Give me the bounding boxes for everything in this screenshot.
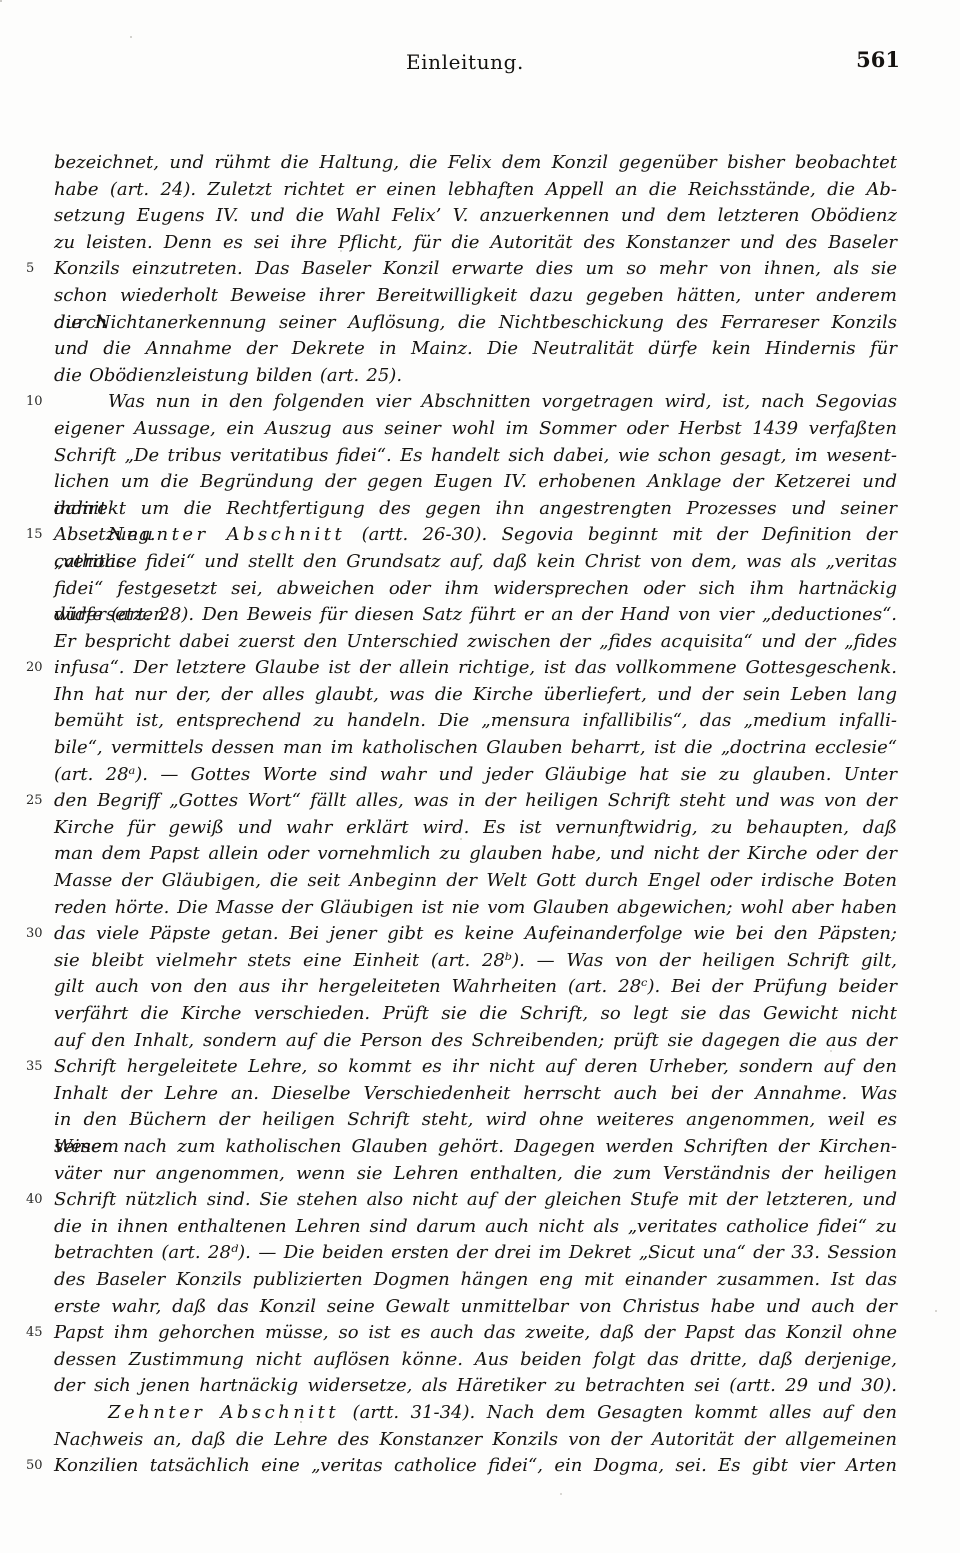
scan-noise-specks bbox=[0, 0, 2, 2]
text-line: lichen um die Begründung der gegen Eugen… bbox=[54, 469, 897, 496]
text-line: 15Neunter Abschnitt (artt. 26-30). Segov… bbox=[54, 522, 897, 549]
page-number: 561 bbox=[856, 47, 900, 72]
text-line: setzung Eugens IV. und die Wahl Felix’ V… bbox=[54, 203, 897, 230]
text-line: die Obödienzleistung bilden (art. 25). bbox=[54, 363, 897, 390]
text-line: fidei“ festgesetzt sei, abweichen oder i… bbox=[54, 576, 897, 603]
text-block: bezeichnet, und rühmt die Haltung, die F… bbox=[54, 150, 897, 1480]
text-line: bezeichnet, und rühmt die Haltung, die F… bbox=[54, 150, 897, 177]
page-header-title: Einleitung. bbox=[0, 50, 930, 74]
text-line: sie bleibt vielmehr stets eine Einheit (… bbox=[54, 948, 897, 975]
text-line: eigener Aussage, ein Auszug aus seiner w… bbox=[54, 416, 897, 443]
text-line: Inhalt der Lehre an. Dieselbe Verschiede… bbox=[54, 1081, 897, 1108]
text-line: 50Konzilien tatsächlich eine „veritas ca… bbox=[54, 1453, 897, 1480]
margin-line-number: 35 bbox=[26, 1054, 48, 1081]
text-line: väter nur angenommen, wenn sie Lehren en… bbox=[54, 1161, 897, 1188]
text-line: reden hörte. Die Masse der Gläubigen ist… bbox=[54, 895, 897, 922]
text-line: Masse der Gläubigen, die seit Anbeginn d… bbox=[54, 868, 897, 895]
margin-line-number: 45 bbox=[26, 1320, 48, 1347]
text-line: Wesen nach zum katholischen Glauben gehö… bbox=[54, 1134, 897, 1161]
text-line: 5Konzils einzutreten. Das Baseler Konzil… bbox=[54, 256, 897, 283]
text-line: habe (art. 24). Zuletzt richtet er einen… bbox=[54, 177, 897, 204]
text-line: dürfe (art. 28). Den Beweis für diesen S… bbox=[54, 602, 897, 629]
scanned-book-page: Einleitung. 561 bezeichnet, und rühmt di… bbox=[0, 0, 960, 1553]
margin-line-number: 25 bbox=[26, 788, 48, 815]
text-line: Schrift „De tribus veritatibus fidei“. E… bbox=[54, 443, 897, 470]
text-line: in den Büchern der heiligen Schrift steh… bbox=[54, 1107, 897, 1134]
text-line: auf den Inhalt, sondern auf die Person d… bbox=[54, 1028, 897, 1055]
text-line: indirekt um die Rechtfertigung des gegen… bbox=[54, 496, 897, 523]
text-line: 40Schrift nützlich sind. Sie stehen also… bbox=[54, 1187, 897, 1214]
margin-line-number: 10 bbox=[26, 389, 48, 416]
text-line: verfährt die Kirche verschieden. Prüft s… bbox=[54, 1001, 897, 1028]
text-line: der sich jenen hartnäckig widersetze, al… bbox=[54, 1373, 897, 1400]
text-line: Kirche für gewiß und wahr erklärt wird. … bbox=[54, 815, 897, 842]
text-line: schon wiederholt Beweise ihrer Bereitwil… bbox=[54, 283, 897, 310]
text-line: die in ihnen enthaltenen Lehren sind dar… bbox=[54, 1214, 897, 1241]
text-line: 30das viele Päpste getan. Bei jener gibt… bbox=[54, 921, 897, 948]
text-line: des Baseler Konzils publizierten Dogmen … bbox=[54, 1267, 897, 1294]
text-line: die Nichtanerkennung seiner Auflösung, d… bbox=[54, 310, 897, 337]
text-line: (art. 28ᵃ). — Gottes Worte sind wahr und… bbox=[54, 762, 897, 789]
text-line: Ihn hat nur der, der alles glaubt, was d… bbox=[54, 682, 897, 709]
text-line: catholice fidei“ und stellt den Grundsat… bbox=[54, 549, 897, 576]
text-line: dessen Zustimmung nicht auflösen könne. … bbox=[54, 1347, 897, 1374]
text-line: 35Schrift hergeleitete Lehre, so kommt e… bbox=[54, 1054, 897, 1081]
text-line: Zehnter Abschnitt (artt. 31-34). Nach de… bbox=[54, 1400, 897, 1427]
text-line: bile“, vermittels dessen man im katholis… bbox=[54, 735, 897, 762]
text-line: 20infusa“. Der letztere Glaube ist der a… bbox=[54, 655, 897, 682]
margin-line-number: 50 bbox=[26, 1453, 48, 1480]
text-line: Er bespricht dabei zuerst den Unterschie… bbox=[54, 629, 897, 656]
text-line: bemüht ist, entsprechend zu handeln. Die… bbox=[54, 708, 897, 735]
section-heading: Neunter Abschnitt bbox=[108, 524, 347, 545]
text-line: zu leisten. Denn es sei ihre Pflicht, fü… bbox=[54, 230, 897, 257]
margin-line-number: 20 bbox=[26, 655, 48, 682]
text-line: erste wahr, daß das Konzil seine Gewalt … bbox=[54, 1294, 897, 1321]
margin-line-number: 40 bbox=[26, 1187, 48, 1214]
margin-line-number: 15 bbox=[26, 522, 48, 549]
margin-line-number: 5 bbox=[26, 256, 48, 283]
text-line: 25den Begriff „Gottes Wort“ fällt alles,… bbox=[54, 788, 897, 815]
text-line: gilt auch von den aus ihr hergeleiteten … bbox=[54, 974, 897, 1001]
text-line: Nachweis an, daß die Lehre des Konstanze… bbox=[54, 1427, 897, 1454]
section-heading: Zehnter Abschnitt bbox=[108, 1402, 341, 1423]
margin-line-number: 30 bbox=[26, 921, 48, 948]
text-line: 10Was nun in den folgenden vier Abschnit… bbox=[54, 389, 897, 416]
text-line: und die Annahme der Dekrete in Mainz. Di… bbox=[54, 336, 897, 363]
text-line: betrachten (art. 28ᵈ). — Die beiden erst… bbox=[54, 1240, 897, 1267]
text-line: 45Papst ihm gehorchen müsse, so ist es a… bbox=[54, 1320, 897, 1347]
text-line: man dem Papst allein oder vornehmlich zu… bbox=[54, 841, 897, 868]
